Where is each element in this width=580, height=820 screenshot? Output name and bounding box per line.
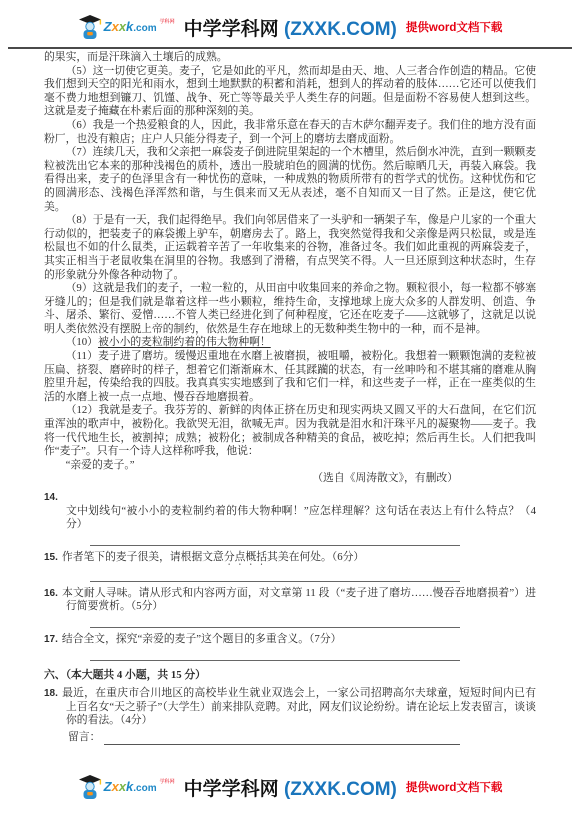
essay-paragraph-5: （5）这一切使它更美。麦子，它是如此的平凡，然而却是由天、地、人三者合作创造的精… — [44, 65, 536, 119]
essay-paragraph-11: （11）麦子进了磨坊。缓慢迟重地在水磨上被磨损，被咀嚼，被粉化。我想着一颗颗饱满… — [44, 350, 536, 404]
emphasized-phrase: 分点概括 — [224, 551, 267, 563]
essay-paragraph-12: （12）我就是麦子。我芬芳的、新鲜的肉体正挤在历史和现实两块又圆又平的大石盘间，… — [44, 404, 536, 458]
underlined-sentence: 被小小的麦粒制约着的伟大物种啊！ — [98, 336, 271, 348]
essay-paragraph-9: （9）这就是我们的麦子，一粒一粒的，从田亩中收集回来的养命之物。颗粒很小，每一粒… — [44, 282, 536, 336]
section-six-heading: 六、（本大题共 4 小题，共 15 分） — [44, 669, 536, 683]
question-17: 17.结合全文，探究“亲爱的麦子”这个题目的多重含义。（7分） — [44, 633, 536, 647]
question-18-number: 18. — [44, 688, 62, 699]
question-14-number: 14. — [44, 492, 62, 503]
zxxk-logo-footer: Zxxk.com 学科网 — [78, 774, 175, 800]
question-16-number: 16. — [44, 588, 62, 599]
zxxk-wordmark: Zxxk.com — [104, 20, 157, 34]
answer-line-15 — [90, 581, 460, 582]
answer-line-14 — [90, 545, 460, 546]
download-notice: 提供word文档下载 — [406, 19, 502, 35]
zxxk-wordmark: Zxxk.com — [104, 780, 157, 794]
question-18: 18.最近，在重庆市合川地区的高校毕业生就业双选会上，一家公司招聘高尔夫球童，短… — [44, 687, 536, 728]
zxxk-logo-tagline: 学科网 — [160, 20, 175, 25]
zxxk-logo-tagline: 学科网 — [160, 780, 175, 785]
reply-label: 留言： — [68, 731, 100, 745]
essay-lead-line: 的果实，而是汗珠滴入土壤后的成熟。 — [44, 51, 536, 65]
question-16: 16.本文耐人寻味。请从形式和内容两方面，对文章第 11 段（“麦子进了磨坊……… — [44, 587, 536, 614]
source-attribution: （选自《周涛散文》，有删改） — [44, 472, 536, 486]
page-footer: Zxxk.com 学科网 中学学科网 (ZXXK.COM) 提供word文档下载 — [0, 760, 580, 804]
graduate-mascot-icon — [78, 14, 102, 40]
page-header: Zxxk.com 学科网 中学学科网 (ZXXK.COM) 提供word文档下载 — [0, 0, 580, 44]
question-15: 15.作者笔下的麦子很美，请根据文意分点概括其美在何处。（6分） — [44, 551, 536, 568]
download-notice-footer: 提供word文档下载 — [406, 779, 502, 795]
document-content: 的果实，而是汗珠滴入土壤后的成熟。 （5）这一切使它更美。麦子，它是如此的平凡，… — [0, 49, 580, 745]
question-17-number: 17. — [44, 634, 62, 645]
zxxk-logo: Zxxk.com 学科网 — [78, 14, 175, 40]
reply-row: 留言： — [44, 731, 536, 745]
question-15-number: 15. — [44, 552, 62, 563]
graduate-mascot-icon — [78, 774, 102, 800]
essay-paragraph-10: （10）被小小的麦粒制约着的伟大物种啊！ — [44, 336, 536, 350]
reply-write-in-line — [104, 732, 460, 745]
site-title-footer: 中学学科网 (ZXXK.COM) — [184, 774, 397, 801]
essay-paragraph-6: （6）我是一个热爱粮食的人，因此，我非常乐意在春天的吉木萨尔翻弄麦子。我们住的地… — [44, 119, 536, 146]
answer-line-16 — [90, 627, 460, 628]
site-title: 中学学科网 (ZXXK.COM) — [184, 14, 397, 41]
question-14: 14.文中划线句“被小小的麦粒制约着的伟大物种啊！”应怎样理解？这句话在表达上有… — [44, 491, 536, 532]
exam-document-page: Zxxk.com 学科网 中学学科网 (ZXXK.COM) 提供word文档下载… — [0, 0, 580, 820]
answer-line-17 — [90, 660, 460, 661]
essay-quote: “亲爱的麦子。” — [44, 459, 536, 473]
essay-paragraph-7: （7）连续几天，我和父亲把一麻袋麦子倒进院里架起的一个木槽里，然后倒水冲洗，直到… — [44, 146, 536, 214]
essay-paragraph-8: （8）于是有一天，我们起得绝早。我们向邻居借来了一头驴和一辆架子车，像是户儿家的… — [44, 214, 536, 282]
